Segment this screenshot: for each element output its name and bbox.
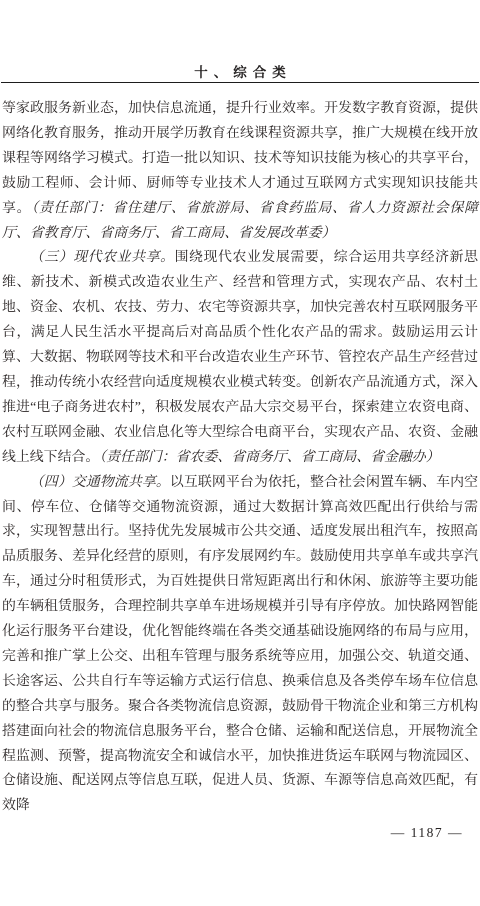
kaiti-text-segment: （责任部门：省住建厅、省旅游局、省食药监局、省人力资源社会保障厅、省教育厅、省商… xyxy=(2,201,478,241)
kaiti-text-segment: （三）现代农业共享。 xyxy=(30,250,175,265)
body-text-segment: 等家政服务新业态，加快信息流通，提升行业效率。开发数字教育资源，提供网络化教育服… xyxy=(2,101,478,216)
running-head-title: 十、综合类 xyxy=(0,61,480,81)
kaiti-text-segment: （责任部门：省农委、省商务厅、省工商局、省金融办） xyxy=(99,450,439,465)
paragraph: 等家政服务新业态，加快信息流通，提升行业效率。开发数字教育资源，提供网络化教育服… xyxy=(2,97,478,246)
body-text-segment: 围绕现代农业发展需要，综合运用共享经济新思维、新技术、新模式改造农业生产、经营和… xyxy=(2,250,478,464)
page-footer: — 1187 — xyxy=(391,825,463,841)
page-number: — 1187 — xyxy=(391,825,463,840)
paragraph: （四）交通物流共享。以互联网平台为依托，整合社会闲置车辆、车内空间、停车位、仓储… xyxy=(2,471,478,820)
body-text-segment: 以互联网平台为依托，整合社会闲置车辆、车内空间、停车位、仓储等交通物流资源，通过… xyxy=(2,475,478,814)
document-page: 十、综合类 等家政服务新业态，加快信息流通，提升行业效率。开发数字教育资源，提供… xyxy=(0,0,480,906)
header-rule xyxy=(1,82,479,83)
paragraph: （三）现代农业共享。围绕现代农业发展需要，综合运用共享经济新思维、新技术、新模式… xyxy=(2,246,478,470)
kaiti-text-segment: （四）交通物流共享。 xyxy=(30,475,170,490)
document-body: 等家政服务新业态，加快信息流通，提升行业效率。开发数字教育资源，提供网络化教育服… xyxy=(2,97,478,819)
